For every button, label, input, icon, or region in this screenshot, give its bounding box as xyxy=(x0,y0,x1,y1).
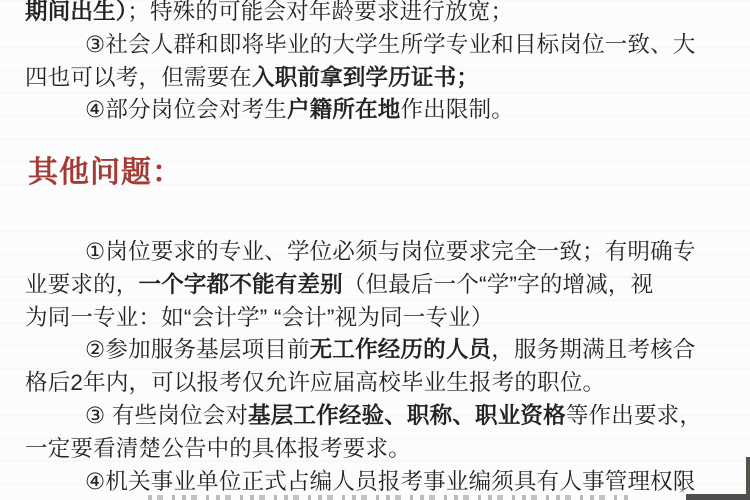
text-segment: 一个字都不能有差别 xyxy=(139,272,343,297)
text-line: ③ 有些岗位会对基层工作经验、职称、职业资格等作出要求， xyxy=(25,400,728,433)
section-heading: 其他问题： xyxy=(28,150,183,196)
paragraph-block-other: ①岗位要求的专业、学位必须与岗位要求完全一致；有明确专 业要求的，一个字都不能有… xyxy=(25,236,728,498)
text-line: 期间出生）；特殊的可能会对年龄要求进行放宽； xyxy=(25,0,728,29)
text-segment: ④部分岗位会对考生 xyxy=(85,97,287,122)
text-segment: 作出限制。 xyxy=(401,97,515,122)
text-segment: ④机关事业单位正式占编人员报考事业编须具有人事管理权限 xyxy=(85,469,696,494)
document-page: 期间出生）；特殊的可能会对年龄要求进行放宽； ③社会人群和即将毕业的大学生所学专… xyxy=(0,0,750,500)
text-segment: 期间出生） xyxy=(25,0,127,24)
text-segment: 入职前拿到学历证书； xyxy=(252,65,479,90)
text-line: ④机关事业单位正式占编人员报考事业编须具有人事管理权限 xyxy=(25,466,728,499)
text-line: ④部分岗位会对考生户籍所在地作出限制。 xyxy=(25,94,728,127)
text-segment: ③ 有些岗位会对 xyxy=(85,403,248,428)
text-segment: ；特殊的可能会对年龄要求进行放宽； xyxy=(127,0,513,24)
text-line: ③社会人群和即将毕业的大学生所学专业和目标岗位一致、大 xyxy=(25,29,728,62)
text-segment: 无工作经历的人员 xyxy=(310,337,492,362)
text-line: ①岗位要求的专业、学位必须与岗位要求完全一致；有明确专 xyxy=(25,236,728,269)
text-line: ②参加服务基层项目前无工作经历的人员，服务期满且考核合 xyxy=(25,334,728,367)
corner-horizontal-bar xyxy=(686,494,750,500)
text-segment: （但最后一个“学”字的增减，视 xyxy=(343,272,654,297)
text-line: 为同一专业：如“会计学” “会计”视为同一专业） xyxy=(25,302,728,335)
text-line: 四也可以考，但需要在入职前拿到学历证书； xyxy=(25,62,728,95)
clipped-next-line xyxy=(148,495,630,500)
text-segment: ，服务期满且考核合 xyxy=(491,337,695,362)
text-segment: 格后2年内，可以报考仅允许应届高校毕业生报考的职位。 xyxy=(25,370,605,395)
text-segment: 户籍所在地 xyxy=(287,97,401,122)
text-line: 格后2年内，可以报考仅允许应届高校毕业生报考的职位。 xyxy=(25,367,728,400)
corner-asterisk-mark: × xyxy=(679,486,685,497)
text-segment: 等作出要求， xyxy=(566,403,702,428)
text-segment: ②参加服务基层项目前 xyxy=(85,337,310,362)
paragraph-block-top: 期间出生）；特殊的可能会对年龄要求进行放宽； ③社会人群和即将毕业的大学生所学专… xyxy=(25,0,728,127)
text-segment: 基层工作经验、职称、职业资格 xyxy=(248,403,566,428)
text-segment: ③社会人群和即将毕业的大学生所学专业和目标岗位一致、大 xyxy=(85,32,696,57)
text-segment: 四也可以考，但需要在 xyxy=(25,65,252,90)
text-segment: 一定要看清楚公告中的具体报考要求。 xyxy=(25,436,411,461)
text-line: 一定要看清楚公告中的具体报考要求。 xyxy=(25,433,728,466)
text-segment: 为同一专业：如“会计学” “会计”视为同一专业） xyxy=(25,305,494,330)
text-segment: ①岗位要求的专业、学位必须与岗位要求完全一致；有明确专 xyxy=(85,239,696,264)
text-line: 业要求的，一个字都不能有差别（但最后一个“学”字的增减，视 xyxy=(25,269,728,302)
text-segment: 业要求的， xyxy=(25,272,139,297)
